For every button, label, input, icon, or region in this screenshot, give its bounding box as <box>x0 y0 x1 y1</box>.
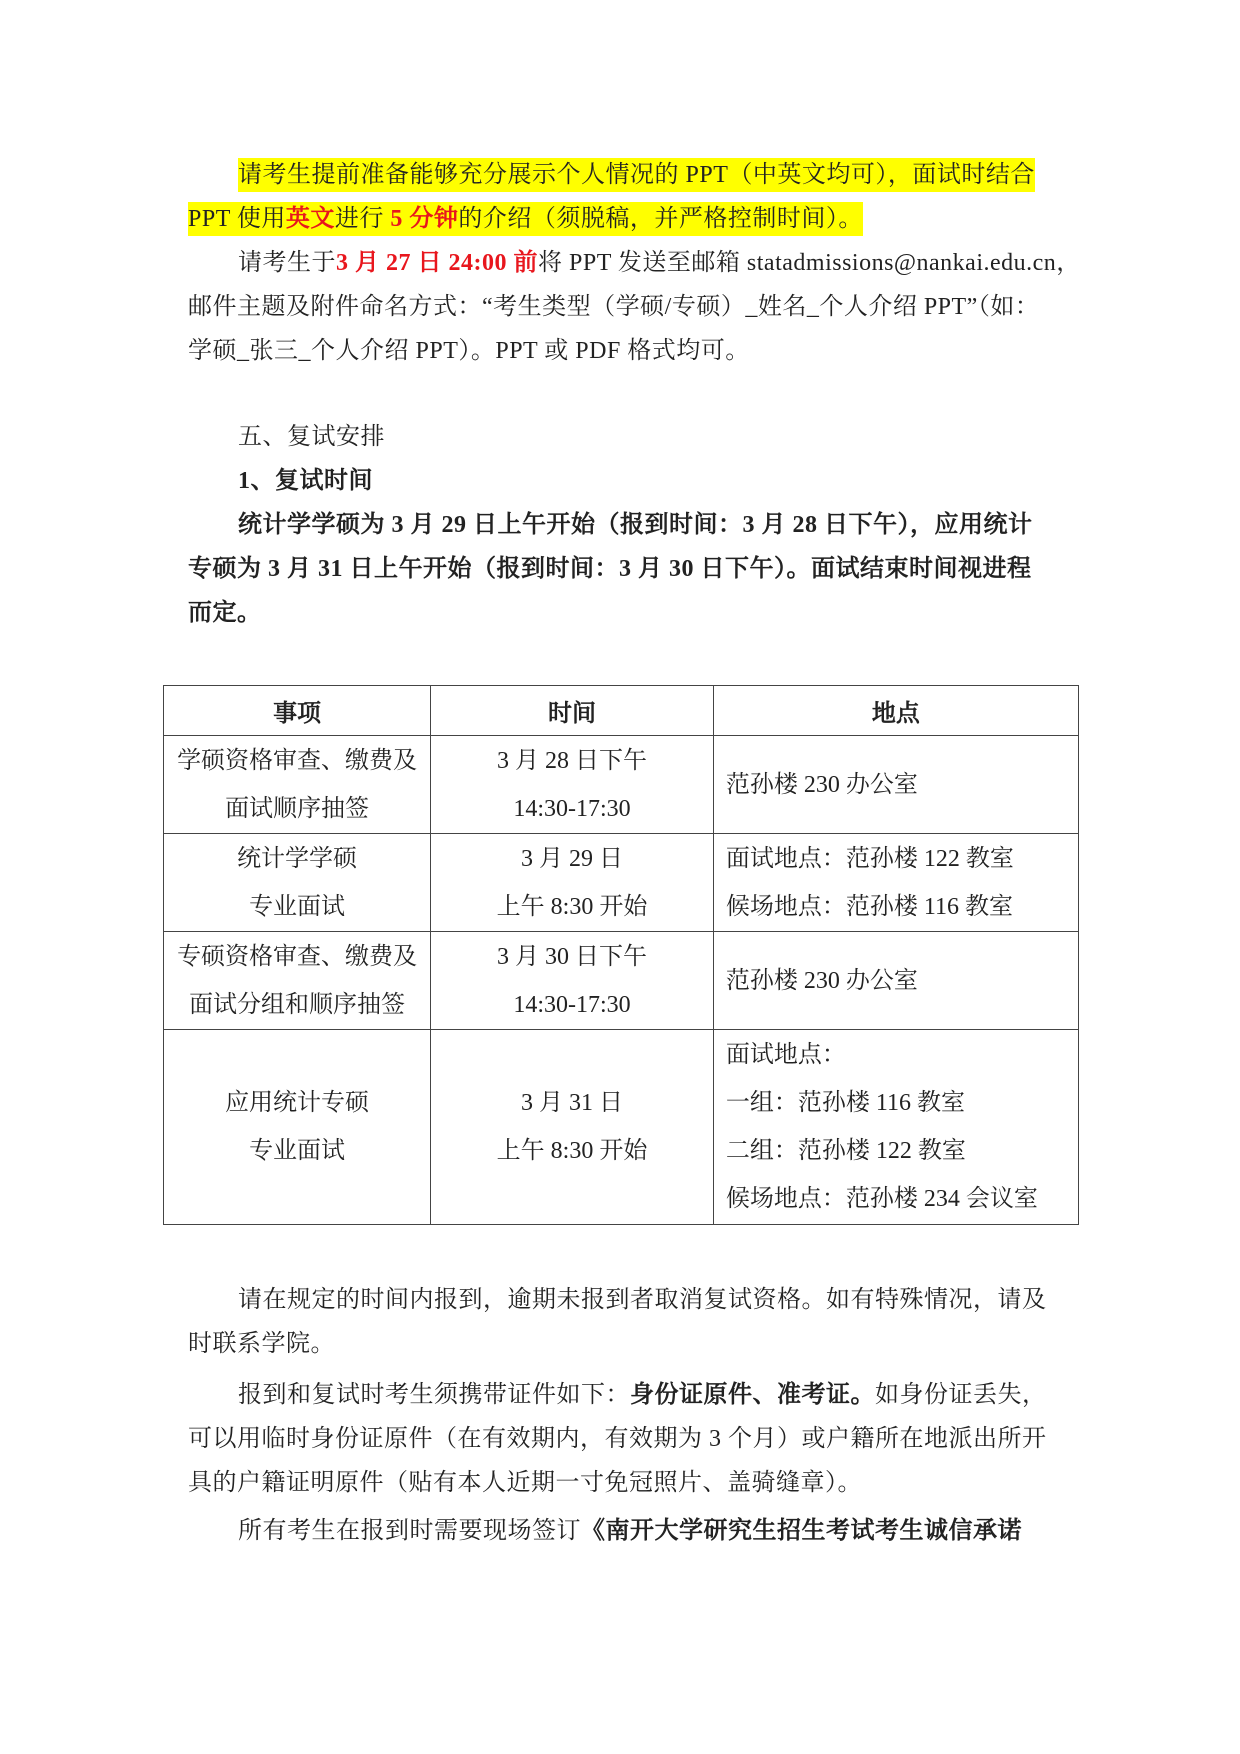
cell-item: 统计学学硕 专业面试 <box>164 834 431 932</box>
cell-text: 二组：范孙楼 122 教室 <box>726 1127 1078 1175</box>
cell-time: 3 月 31 日 上午 8:30 开始 <box>431 1030 714 1225</box>
cell-text: 面试地点：范孙楼 122 教室 <box>726 835 1078 883</box>
header-item: 事项 <box>164 686 431 736</box>
text-segment: PPT 使用 <box>188 206 286 232</box>
pledge-title: 《南开大学研究生招生考试考生诚信承诺 <box>581 1518 1022 1544</box>
cell-text: 专业面试 <box>164 883 430 931</box>
table-header-row: 事项 时间 地点 <box>164 686 1079 736</box>
cell-time: 3 月 30 日下午 14:30-17:30 <box>431 932 714 1030</box>
cell-text: 3 月 30 日下午 <box>431 933 713 981</box>
cell-text: 面试地点： <box>726 1031 1078 1079</box>
documents-note-line1: 报到和复试时考生须携带证件如下：身份证原件、准考证。如身份证丢失， <box>238 1378 1047 1412</box>
schedule-paragraph-line1: 统计学学硕为 3 月 29 日上午开始（报到时间：3 月 28 日下午），应用统… <box>238 508 1033 542</box>
cell-place: 范孙楼 230 办公室 <box>713 932 1078 1030</box>
cell-place: 范孙楼 230 办公室 <box>713 736 1078 834</box>
cell-text: 范孙楼 230 办公室 <box>726 957 1078 1005</box>
email-instruction-line2: 邮件主题及附件命名方式：“考生类型（学硕/专硕）_姓名_个人介绍 PPT”（如： <box>188 290 1039 324</box>
cell-place: 面试地点：范孙楼 122 教室 候场地点：范孙楼 116 教室 <box>713 834 1078 932</box>
cell-text: 专业面试 <box>164 1127 430 1175</box>
cell-text: 3 月 29 日 <box>431 835 713 883</box>
email-instruction-line3: 学硕_张三_个人介绍 PPT）。PPT 或 PDF 格式均可。 <box>188 334 750 368</box>
cell-text: 范孙楼 230 办公室 <box>726 761 1078 809</box>
subsection-heading: 1、复试时间 <box>238 464 373 498</box>
schedule-table: 事项 时间 地点 学硕资格审查、缴费及 面试顺序抽签 3 月 28 日下午 14… <box>163 685 1079 1225</box>
deadline-emphasis: 3 月 27 日 24:00 前 <box>336 250 538 276</box>
cell-text: 面试分组和顺序抽签 <box>164 981 430 1029</box>
cell-item: 应用统计专硕 专业面试 <box>164 1030 431 1225</box>
cell-text: 3 月 28 日下午 <box>431 737 713 785</box>
cell-text: 3 月 31 日 <box>431 1079 713 1127</box>
ppt-instruction-line1: 请考生提前准备能够充分展示个人情况的 PPT（中英文均可），面试时结合 <box>238 158 1035 192</box>
table-row: 应用统计专硕 专业面试 3 月 31 日 上午 8:30 开始 面试地点： 一组… <box>164 1030 1079 1225</box>
english-emphasis: 英文 <box>286 206 335 232</box>
schedule-paragraph-line3: 而定。 <box>188 596 262 630</box>
cell-text: 候场地点：范孙楼 234 会议室 <box>726 1175 1078 1223</box>
email-instruction-line1: 请考生于3 月 27 日 24:00 前将 PPT 发送至邮箱 statadmi… <box>238 246 1081 280</box>
five-minutes-emphasis: 5 分钟 <box>390 206 458 232</box>
cell-text: 一组：范孙楼 116 教室 <box>726 1079 1078 1127</box>
table-row: 学硕资格审查、缴费及 面试顺序抽签 3 月 28 日下午 14:30-17:30… <box>164 736 1079 834</box>
text-segment: 报到和复试时考生须携带证件如下： <box>238 1382 630 1408</box>
cell-text: 上午 8:30 开始 <box>431 883 713 931</box>
cell-time: 3 月 29 日 上午 8:30 开始 <box>431 834 714 932</box>
cell-item: 专硕资格审查、缴费及 面试分组和顺序抽签 <box>164 932 431 1030</box>
text-segment: 如身份证丢失， <box>875 1382 1047 1408</box>
email-address-text: 将 PPT 发送至邮箱 statadmissions@nankai.edu.cn… <box>538 250 1081 276</box>
report-note-line1: 请在规定的时间内报到，逾期未报到者取消复试资格。如有特殊情况，请及 <box>238 1283 1047 1317</box>
cell-text: 专硕资格审查、缴费及 <box>164 933 430 981</box>
schedule-paragraph-line2: 专硕为 3 月 31 日上午开始（报到时间：3 月 30 日下午）。面试结束时间… <box>188 552 1032 586</box>
document-page: 请考生提前准备能够充分展示个人情况的 PPT（中英文均可），面试时结合 PPT … <box>0 0 1240 1754</box>
cell-text: 上午 8:30 开始 <box>431 1127 713 1175</box>
cell-time: 3 月 28 日下午 14:30-17:30 <box>431 736 714 834</box>
report-note-line2: 时联系学院。 <box>188 1327 335 1361</box>
cell-text: 学硕资格审查、缴费及 <box>164 737 430 785</box>
cell-place: 面试地点： 一组：范孙楼 116 教室 二组：范孙楼 122 教室 候场地点：范… <box>713 1030 1078 1225</box>
highlighted-text: 请考生提前准备能够充分展示个人情况的 PPT（中英文均可），面试时结合 <box>238 158 1035 192</box>
documents-note-line3: 具的户籍证明原件（贴有本人近期一寸免冠照片、盖骑缝章）。 <box>188 1466 862 1500</box>
cell-text: 候场地点：范孙楼 116 教室 <box>726 883 1078 931</box>
cell-text: 统计学学硕 <box>164 835 430 883</box>
text-segment: 请考生于 <box>238 250 336 276</box>
required-documents: 身份证原件、准考证。 <box>630 1382 875 1408</box>
table-row: 专硕资格审查、缴费及 面试分组和顺序抽签 3 月 30 日下午 14:30-17… <box>164 932 1079 1030</box>
cell-text: 14:30-17:30 <box>431 981 713 1029</box>
cell-text: 面试顺序抽签 <box>164 785 430 833</box>
text-segment: 进行 <box>335 206 391 232</box>
section-heading: 五、复试安排 <box>238 420 385 454</box>
header-time: 时间 <box>431 686 714 736</box>
cell-text: 14:30-17:30 <box>431 785 713 833</box>
documents-note-line2: 可以用临时身份证原件（在有效期内，有效期为 3 个月）或户籍所在地派出所开 <box>188 1422 1047 1456</box>
text-segment: 所有考生在报到时需要现场签订 <box>238 1518 581 1544</box>
cell-text: 应用统计专硕 <box>164 1079 430 1127</box>
table-row: 统计学学硕 专业面试 3 月 29 日 上午 8:30 开始 面试地点：范孙楼 … <box>164 834 1079 932</box>
ppt-instruction-line2: PPT 使用英文进行 5 分钟的介绍（须脱稿，并严格控制时间）。 <box>188 202 863 236</box>
pledge-note-line1: 所有考生在报到时需要现场签订《南开大学研究生招生考试考生诚信承诺 <box>238 1514 1022 1548</box>
cell-item: 学硕资格审查、缴费及 面试顺序抽签 <box>164 736 431 834</box>
highlighted-text: PPT 使用英文进行 5 分钟的介绍（须脱稿，并严格控制时间）。 <box>188 202 863 236</box>
header-place: 地点 <box>713 686 1078 736</box>
text-segment: 的介绍（须脱稿，并严格控制时间）。 <box>458 206 863 232</box>
